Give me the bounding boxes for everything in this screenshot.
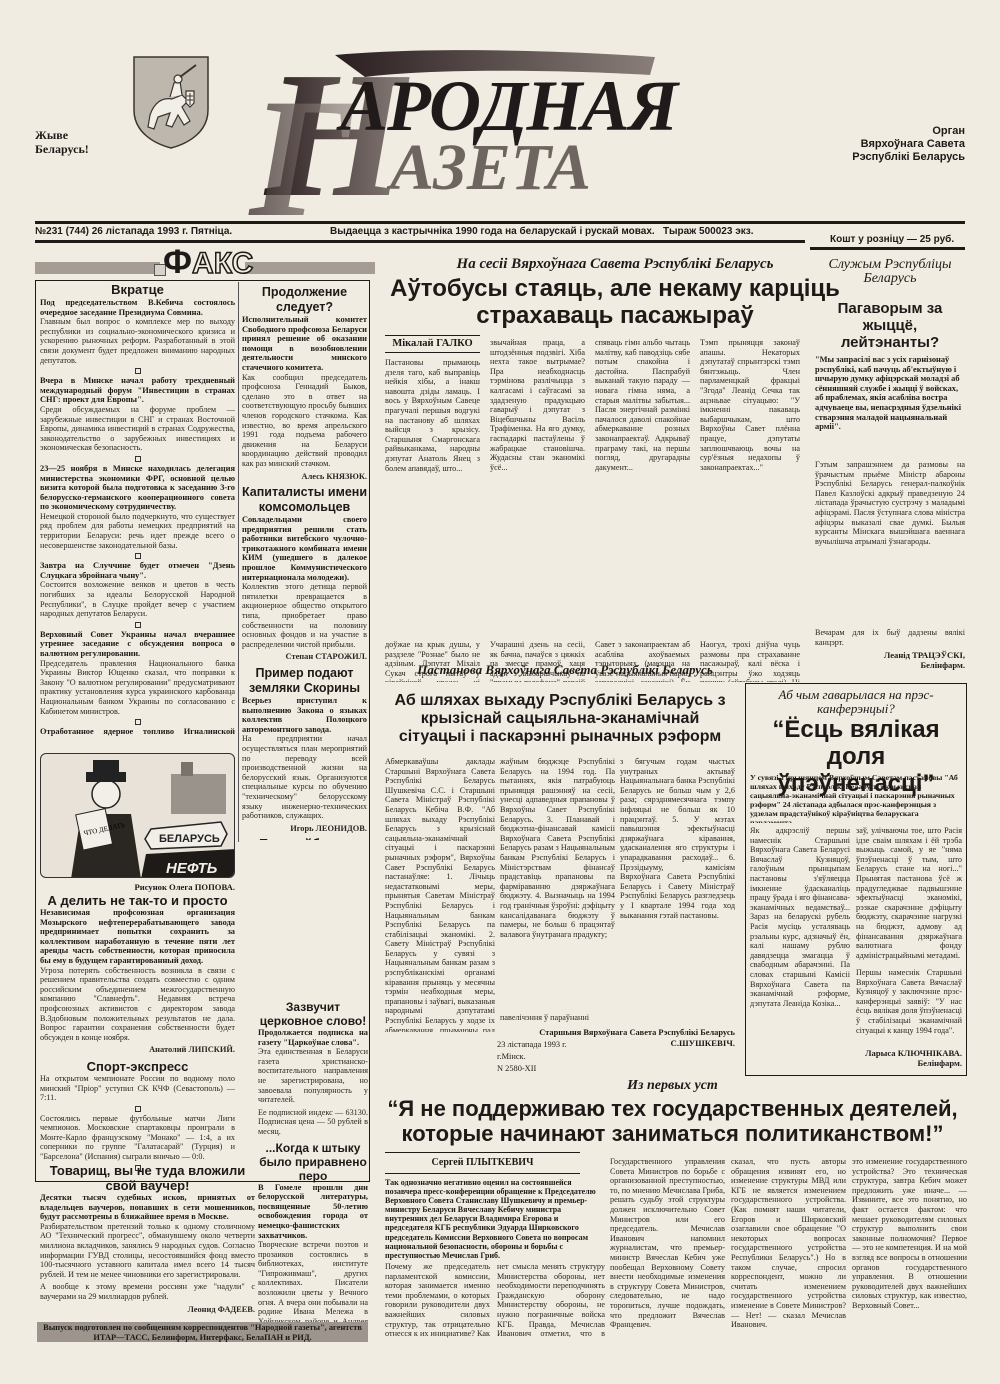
delit-heading: А делить не так-то и просто	[40, 893, 235, 908]
author-rule-bottom	[385, 352, 480, 353]
military-kicker: Служым Рэспубліцы Беларусь	[815, 258, 965, 286]
press-conf-col-2: заў, улічваючы тое, што Расія ідзе сваім…	[856, 826, 962, 966]
price: Кошт у розніцу — 25 руб.	[830, 234, 954, 245]
resolution-place: г.Мінск.	[497, 1052, 526, 1061]
issue-number-date: №231 (744) 26 лістапада 1993 г. Пятніца.	[35, 226, 232, 237]
trolleybus-heading: Троллейбус — последняя надежда могилевча…	[242, 837, 367, 840]
news-item: Под председательством В.Кебича состоялос…	[40, 298, 235, 365]
press-conf-col-2-tail: Першы намеснік Старшыні Вярхоўнага Савет…	[856, 968, 962, 1040]
fax-logo-bar	[35, 262, 160, 274]
circulation: Тыраж 500023 экз.	[663, 226, 753, 237]
military-body: Гэтым запрашэннем да размовы на ўрачысты…	[815, 460, 965, 625]
interview-col-4: сказал, что пусть авторы обращения извин…	[731, 1157, 846, 1342]
session-author: Мікалай ГАЛКО	[385, 338, 480, 349]
resolution-number: N 2580-XII	[497, 1064, 536, 1073]
session-headline: Аўтобусы стаяць, але некаму карціць стра…	[375, 275, 855, 329]
interview-author-rule-top	[385, 1152, 580, 1153]
resolution-col-2: жаўным бюджэце Рэспублікі Беларусь на 19…	[500, 757, 615, 1010]
svg-text:НЕФТЬ: НЕФТЬ	[166, 860, 218, 877]
issue-rule-left	[35, 240, 805, 243]
sport-heading: Спорт-экспресс	[40, 1059, 235, 1074]
interview-col-5: это изменение государственного устройств…	[852, 1157, 967, 1342]
interview-col-3: Государственного управления Совета Минис…	[610, 1157, 725, 1342]
fax-right-column: Продолжение следует? Исполнительный коми…	[242, 285, 367, 840]
news-item: 23—25 ноября в Минске находилась делегац…	[40, 464, 235, 550]
press-conf-kicker: Аб чым гаварылася на прэс-канферэнцыі?	[750, 688, 962, 716]
vkratce-heading: Вкратце	[40, 282, 235, 298]
press-conf-col-1: Як адкрэсліў першы намеснік Старшыні Вяр…	[750, 826, 850, 1056]
resolution-headline: Аб шляхах выхаду Рэспублікі Беларусь з к…	[385, 692, 735, 746]
military-headline: Пагаворым за жыццё, лейтэнанты?	[812, 300, 968, 351]
resolution-date: 23 лістапада 1993 г.	[497, 1040, 567, 1049]
author-rule-top	[385, 335, 480, 336]
session-col-4: Тэмп прыняцця законаў апашы. Некаторых д…	[700, 338, 800, 638]
interview-author: Сергей ПЛЫТКЕВИЧ	[385, 1157, 580, 1168]
interview-headline: “Я не поддерживаю тех государственных де…	[375, 1096, 970, 1146]
news-item: Отработанное ядерное топливо Игналинской…	[40, 727, 235, 737]
svg-text:Г: Г	[248, 64, 354, 220]
fax-logo-bar-right	[245, 262, 375, 274]
military-tail: Вечарам для іх быў дадзены вялікі канцэр…	[815, 628, 965, 648]
kapitalisty-heading: Капиталисты имени комсомольцев	[242, 485, 367, 515]
skoriny-heading: Пример подают земляки Скорины	[242, 666, 367, 696]
military-lead: "Мы запрасілі вас з усіх гарнізонаў рэсп…	[815, 355, 965, 455]
resolution-col-2-tail: павелічэння ў параўнанні	[500, 1013, 615, 1023]
interview-lead: Так однозначно негативно оценил на состо…	[385, 1178, 605, 1260]
session-col-2: звычайная праца, а штодзённыя подзвігі. …	[490, 338, 585, 638]
vkratce-column: Вкратце Под председательством В.Кебича с…	[40, 282, 235, 737]
interview-col-2: нет смысла менять структуру Министерства…	[497, 1262, 605, 1342]
news-item: Вчера в Минске начал работу трехдневный …	[40, 376, 235, 453]
fax-logo: ФАКС	[163, 247, 253, 279]
voucher-article: Товарищ, вы не туда вложили свой ваучер!…	[40, 1163, 255, 1323]
session-col-1: Пастановы прымаюць дзеля таго, каб выпра…	[385, 358, 480, 638]
news-item: Завтра на Случчине будет отмечен "Дзень …	[40, 561, 235, 619]
resolution-signed-title: Старшыня Вярхоўнага Савета Рэспублікі Бе…	[500, 1028, 735, 1037]
interview-kicker: Из первых уст	[380, 1078, 965, 1094]
press-conf-lead: У сувязі з прыняццем Вярхоўным Саветам п…	[750, 773, 962, 823]
session-kicker: На сесіі Вярхоўнага Савета Рэспублікі Бе…	[380, 256, 850, 273]
military-signature: Леанід ТРАЦЭЎСКІ, Белінфарм.	[884, 650, 965, 670]
masthead-rule-top	[35, 221, 965, 224]
shtyk-heading: ...Когда к штыку было приравнено перо	[258, 1141, 368, 1183]
fax-footer: Выпуск подготовлен по сообщениям корресп…	[37, 1322, 368, 1342]
fax-column-divider	[238, 282, 239, 842]
published-since: Выдаецца з кастрычніка 1990 года на бела…	[330, 226, 655, 237]
resolution-col-3: з бягучым годам чыстых унутраных актываў…	[620, 757, 735, 1005]
press-conf-signature: Ларыса КЛЮЧНІКАВА. Белінфарм.	[856, 1048, 962, 1068]
prodolzhenie-heading: Продолжение следует?	[242, 285, 367, 315]
issue-rule-right	[810, 247, 965, 250]
church-heading: Зазвучит церковное слово!	[258, 1000, 368, 1028]
cartoon-caption: Рисунок Олега ПОПОВА.	[40, 882, 235, 892]
session-col-3: спяваць гімн альбо чытаць малітву, каб п…	[595, 338, 690, 638]
fax-right-column-lower: Зазвучит церковное слово! Продолжается п…	[258, 1000, 368, 1322]
pahonia-coat-of-arms-icon	[132, 55, 210, 150]
masthead-slogan: Жыве Беларусь!	[35, 128, 105, 156]
svg-text:БЕЛАРУСЬ: БЕЛАРУСЬ	[159, 833, 220, 845]
voucher-heading: Товарищ, вы не туда вложили свой ваучер!	[40, 1163, 255, 1193]
cartoon: ЧТО ДЕЛАТЬ БЕЛАРУСЬ НЕФТЬ	[40, 753, 235, 878]
resolution-col-1: Абмеркаваўшы даклады Старшыні Вярхоўнага…	[385, 757, 495, 1032]
newspaper-title-line2: ГАЗЕТААЗЕТА	[390, 135, 591, 222]
news-item: Верховный Совет Украины начал вчерашнее …	[40, 630, 235, 716]
interview-col-1: Почему же председатель парламентской ком…	[385, 1262, 490, 1342]
interview-author-rule-bottom	[385, 1173, 580, 1174]
masthead-organ: Орган Вярхоўнага Савета Рэспублікі Белар…	[852, 125, 965, 164]
resolution-kicker: Пастанова Вярхоўнага Савета Рэспублікі Б…	[400, 663, 730, 677]
